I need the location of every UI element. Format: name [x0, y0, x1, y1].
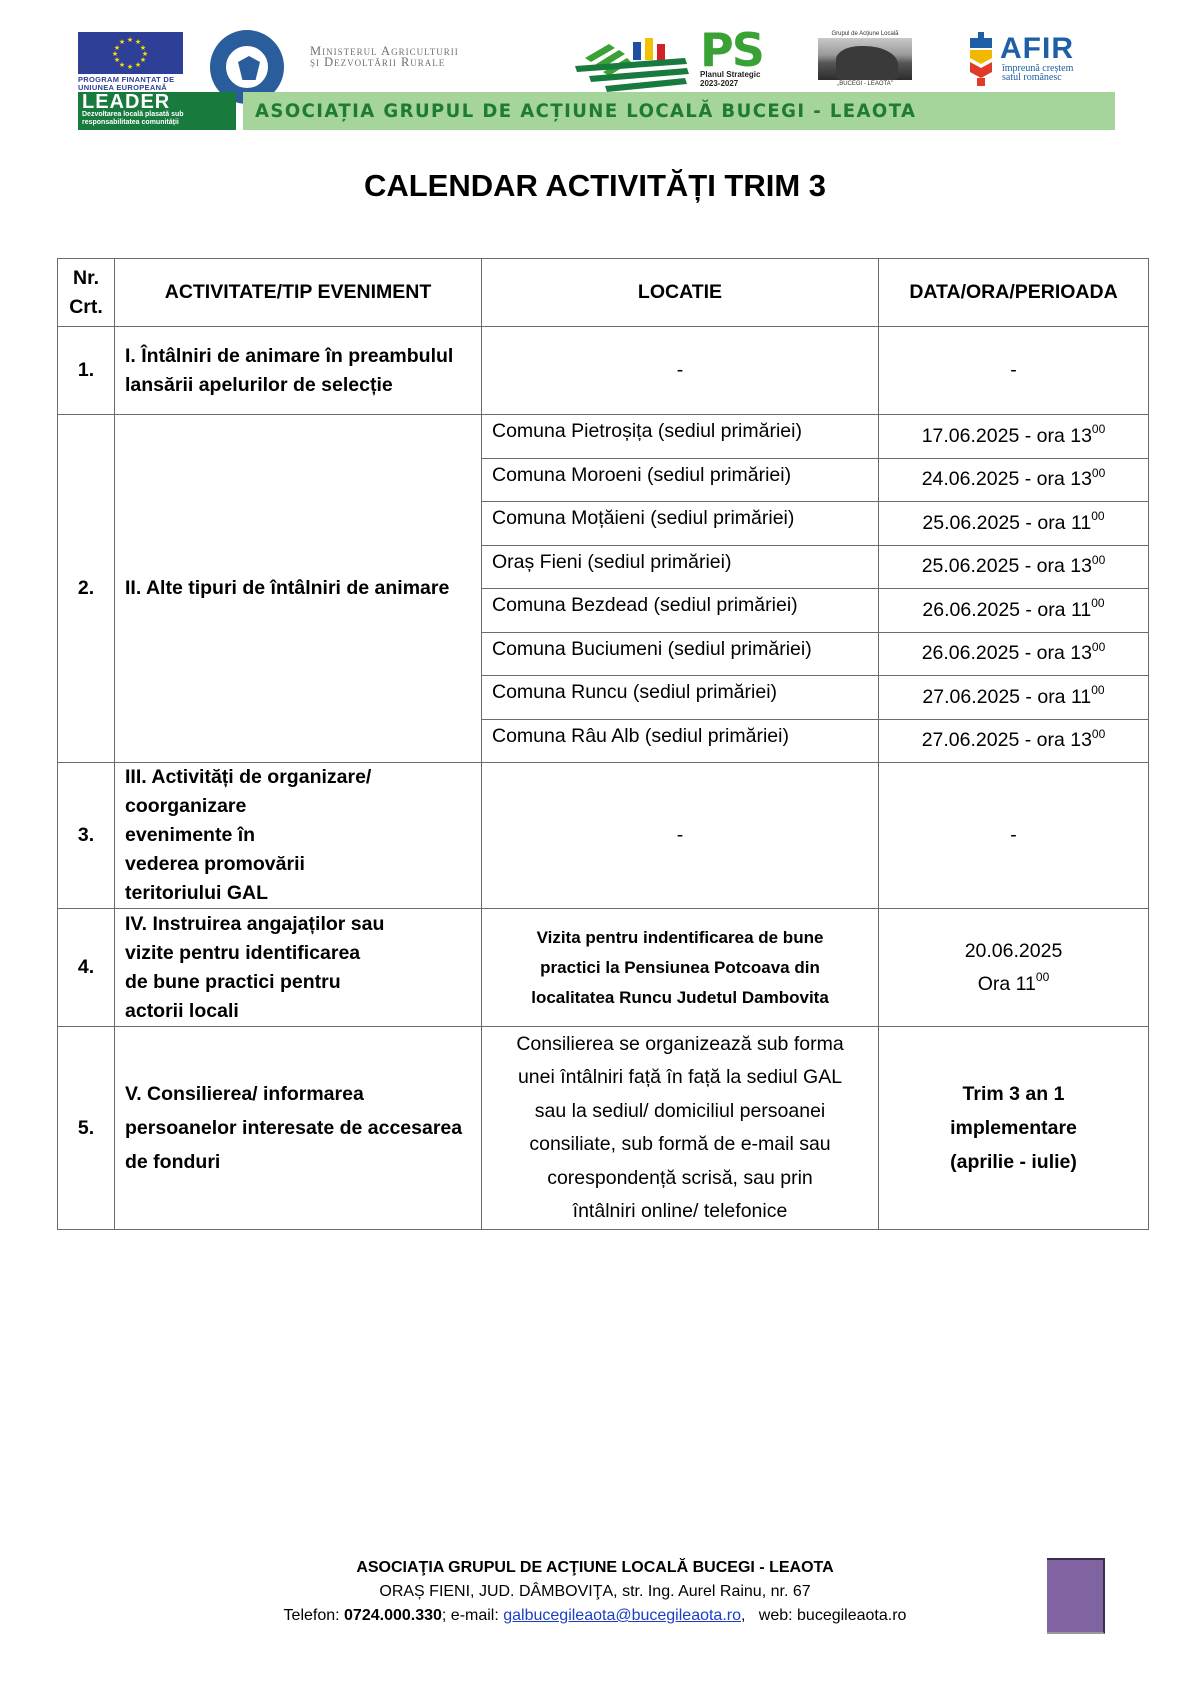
decorative-purple-box	[1047, 1558, 1105, 1634]
location-cell: -	[482, 327, 879, 415]
sphinx-rock-image	[818, 38, 912, 80]
table-row: 2. II. Alte tipuri de întâlniri de anima…	[58, 415, 1149, 459]
activity-cell: V. Consilierea/ informarea persoanelor i…	[115, 1027, 482, 1230]
header-activity: ACTIVITATE/TIP EVENIMENT	[115, 259, 482, 327]
gal-bucegi-leaota-logo: Grupul de Acțiune Locală „BUCEGI - LEAOT…	[818, 30, 912, 88]
location-cell: Comuna Buciumeni (sediul primăriei)	[482, 632, 879, 676]
date-cell: 27.06.2025 - ora 1100	[879, 676, 1149, 720]
location-cell: Comuna Râu Alb (sediul primăriei)	[482, 719, 879, 763]
svg-text:★: ★	[127, 36, 133, 44]
date-cell: 25.06.2025 - ora 1100	[879, 502, 1149, 546]
svg-text:★: ★	[135, 61, 141, 69]
location-cell: Oraș Fieni (sediul primăriei)	[482, 545, 879, 589]
ministry-logo-text: Ministerul Agriculturii și Dezvoltării R…	[310, 46, 459, 68]
footer-web: bucegileaota.ro	[797, 1607, 906, 1624]
date-cell: -	[879, 327, 1149, 415]
page-title: CALENDAR ACTIVITĂȚI TRIM 3	[0, 168, 1190, 204]
table-row: 1. I. Întâlniri de animare în preambulul…	[58, 327, 1149, 415]
location-cell: Comuna Runcu (sediul primăriei)	[482, 676, 879, 720]
eagle-icon	[238, 56, 260, 80]
footer-contact: Telefon: 0724.000.330; e-mail: galbucegi…	[95, 1604, 1095, 1628]
date-cell: Trim 3 an 1 implementare (aprilie - iuli…	[879, 1027, 1149, 1230]
table-header-row: Nr. Crt. ACTIVITATE/TIP EVENIMENT LOCATI…	[58, 259, 1149, 327]
activity-cell: IV. Instruirea angajaților sau vizite pe…	[115, 909, 482, 1027]
row-number: 5.	[58, 1027, 115, 1230]
location-cell: Comuna Pietroșița (sediul primăriei)	[482, 415, 879, 459]
date-cell: 20.06.2025 Ora 1100	[879, 909, 1149, 1027]
date-cell: 24.06.2025 - ora 1300	[879, 458, 1149, 502]
header-location: LOCATIE	[482, 259, 879, 327]
activity-calendar-table: Nr. Crt. ACTIVITATE/TIP EVENIMENT LOCATI…	[57, 258, 1149, 1230]
association-banner: ASOCIAȚIA GRUPUL DE ACȚIUNE LOCALĂ BUCEG…	[243, 92, 1115, 130]
table-row: 3. III. Activități de organizare/ coorga…	[58, 763, 1149, 909]
afir-emblem-icon	[968, 32, 994, 88]
date-cell: 26.06.2025 - ora 1300	[879, 632, 1149, 676]
date-cell: -	[879, 763, 1149, 909]
location-cell: Comuna Bezdead (sediul primăriei)	[482, 589, 879, 633]
planul-strategic-logo: PS Planul Strategic 2023-2027	[700, 30, 780, 88]
afir-logo-text: AFIR	[1000, 34, 1074, 64]
afir-tagline: împreună creștem satul românesc	[1002, 64, 1073, 82]
activity-cell: I. Întâlniri de animare în preambulul la…	[115, 327, 482, 415]
table-row: 5. V. Consilierea/ informarea persoanelo…	[58, 1027, 1149, 1230]
row-number: 2.	[58, 415, 115, 763]
eu-flag-logo: ★★★ ★★★ ★★★ ★★★	[78, 32, 183, 74]
row-number: 3.	[58, 763, 115, 909]
footer: ASOCIAŢIA GRUPUL DE ACŢIUNE LOCALĂ BUCEG…	[95, 1556, 1095, 1628]
svg-text:★: ★	[119, 38, 125, 46]
date-cell: 17.06.2025 - ora 1300	[879, 415, 1149, 459]
footer-email-link[interactable]: galbucegileaota@bucegileaota.ro	[503, 1607, 741, 1624]
eu-stars-icon: ★★★ ★★★ ★★★ ★★★	[78, 32, 183, 74]
date-cell: 25.06.2025 - ora 1300	[879, 545, 1149, 589]
header-nr: Nr. Crt.	[58, 259, 115, 327]
footer-phone: 0724.000.330	[344, 1607, 442, 1624]
svg-text:★: ★	[127, 63, 133, 71]
header-date: DATA/ORA/PERIOADA	[879, 259, 1149, 327]
ps-stripes-icon	[575, 36, 695, 92]
leader-logo: LEADER Dezvoltarea locală plasată sub re…	[78, 92, 236, 130]
footer-address: ORAȘ FIENI, JUD. DÂMBOVIŢA, str. Ing. Au…	[95, 1580, 1095, 1604]
activity-cell: II. Alte tipuri de întâlniri de animare	[115, 415, 482, 763]
location-cell: -	[482, 763, 879, 909]
row-number: 1.	[58, 327, 115, 415]
activity-cell: III. Activități de organizare/ coorganiz…	[115, 763, 482, 909]
table-row: 4. IV. Instruirea angajaților sau vizite…	[58, 909, 1149, 1027]
date-cell: 27.06.2025 - ora 1300	[879, 719, 1149, 763]
row-number: 4.	[58, 909, 115, 1027]
location-cell: Comuna Moroeni (sediul primăriei)	[482, 458, 879, 502]
eu-caption: PROGRAM FINANȚAT DE UNIUNEA EUROPEANĂ	[78, 76, 208, 92]
location-cell: Consilierea se organizează sub forma une…	[482, 1027, 879, 1230]
location-cell: Vizita pentru indentificarea de bune pra…	[482, 909, 879, 1027]
date-cell: 26.06.2025 - ora 1100	[879, 589, 1149, 633]
footer-org-name: ASOCIAŢIA GRUPUL DE ACŢIUNE LOCALĂ BUCEG…	[95, 1556, 1095, 1580]
location-cell: Comuna Moțăieni (sediul primăriei)	[482, 502, 879, 546]
